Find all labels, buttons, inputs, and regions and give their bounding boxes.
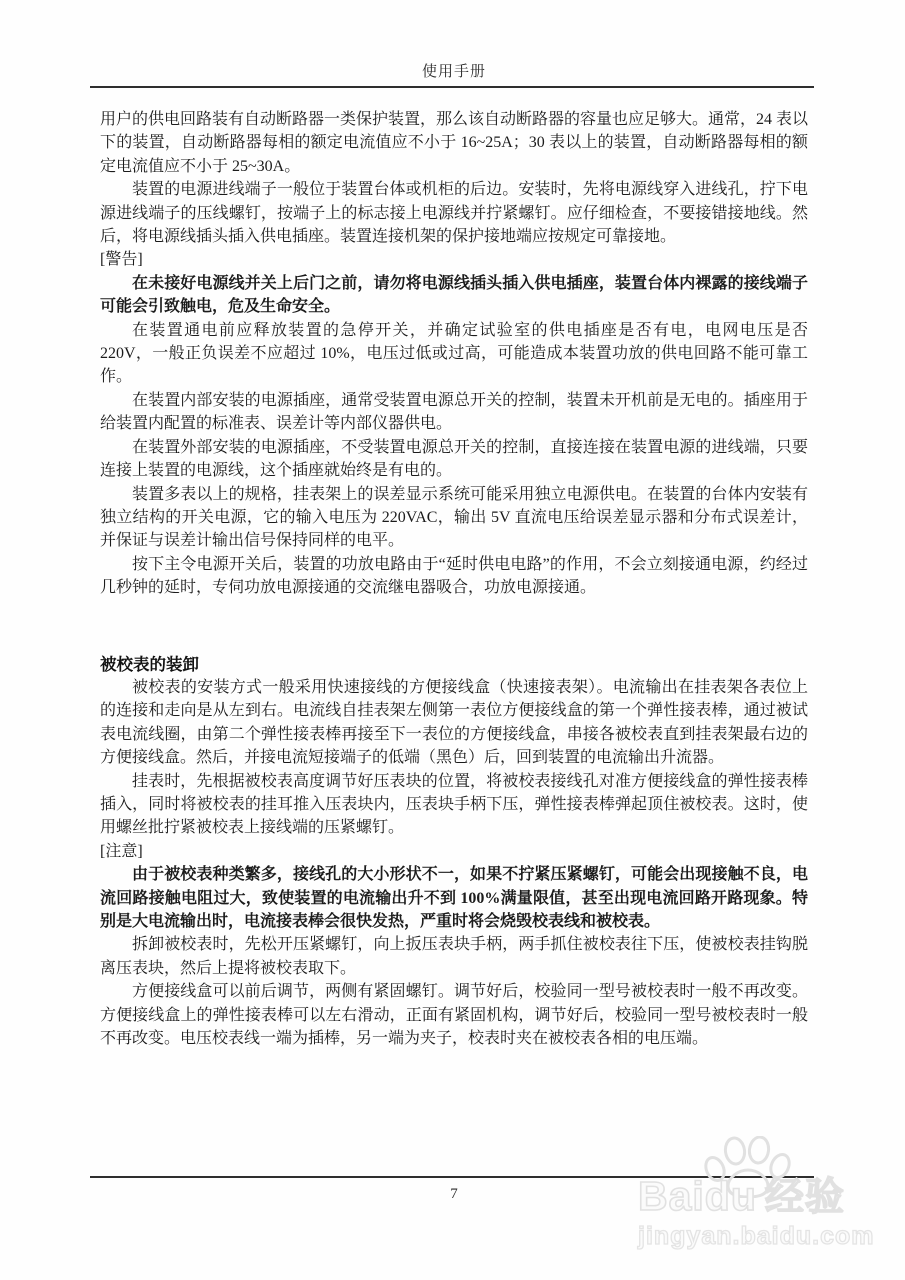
page-header: 使用手册 <box>100 0 808 81</box>
paragraph: 按下主令电源开关后，装置的功放电路由于“延时供电电路”的作用，不会立刻接通电源，… <box>100 553 808 600</box>
page-number: 7 <box>100 1186 808 1203</box>
footer-rule <box>90 1176 814 1178</box>
section-heading: 被校表的装卸 <box>100 653 808 676</box>
warning-text: 在未接好电源线并关上后门之前，请勿将电源线插头插入供电插座，装置台体内裸露的接线… <box>100 272 808 319</box>
paragraph: 方便接线盒可以前后调节，两侧有紧固螺钉。调节好后，校验同一型号被校表时一般不再改… <box>100 980 808 1050</box>
paragraph: 被校表的安装方式一般采用快速接线的方便接线盒（快速接表架）。电流输出在挂表架各表… <box>100 676 808 770</box>
paragraph: 用户的供电回路装有自动断路器一类保护装置，那么该自动断路器的容量也应足够大。通常… <box>100 108 808 178</box>
paragraph: 拆卸被校表时，先松开压紧螺钉，向上扳压表块手柄，两手抓住被校表往下压，使被校表挂… <box>100 933 808 980</box>
header-title: 使用手册 <box>422 64 486 80</box>
watermark-url: jingyan.baidu.com <box>638 1222 898 1251</box>
paragraph: 装置多表以上的规格，挂表架上的误差显示系统可能采用独立电源供电。在装置的台体内安… <box>100 483 808 553</box>
notice-label: [注意] <box>100 840 808 863</box>
paragraph: 在装置外部安装的电源插座，不受装置电源总开关的控制，直接连接在装置电源的进线端，… <box>100 436 808 483</box>
document-body: 用户的供电回路装有自动断路器一类保护装置，那么该自动断路器的容量也应足够大。通常… <box>100 108 808 1050</box>
notice-text: 由于被校表种类繁多，接线孔的大小形状不一，如果不拧紧压紧螺钉，可能会出现接触不良… <box>100 863 808 933</box>
warning-label: [警告] <box>100 248 808 271</box>
document-page: 使用手册 用户的供电回路装有自动断路器一类保护装置，那么该自动断路器的容量也应足… <box>0 0 905 1280</box>
paragraph: 在装置通电前应释放装置的急停开关，并确定试验室的供电插座是否有电，电网电压是否 … <box>100 319 808 389</box>
header-rule <box>90 86 814 88</box>
paragraph: 挂表时，先根据被校表高度调节好压表块的位置，将被校表接线孔对准方便接线盒的弹性接… <box>100 770 808 840</box>
paragraph: 装置的电源进线端子一般位于装置台体或机柜的后边。安装时，先将电源线穿入进线孔，拧… <box>100 178 808 248</box>
paragraph: 在装置内部安装的电源插座，通常受装置电源总开关的控制，装置未开机前是无电的。插座… <box>100 389 808 436</box>
